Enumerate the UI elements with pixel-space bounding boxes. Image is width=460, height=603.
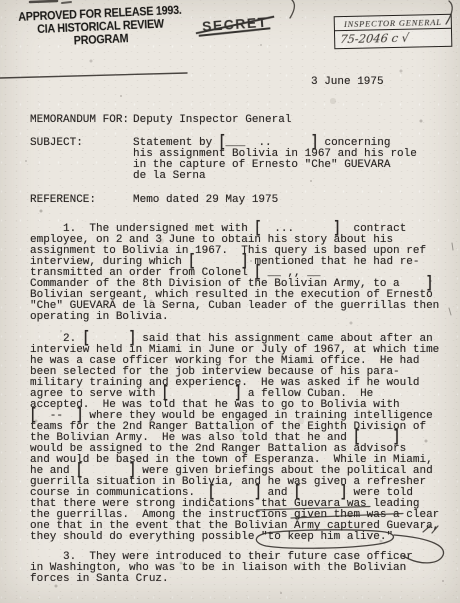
memo-header: MEMORANDUM FOR: Deputy Inspector General… <box>30 115 454 218</box>
memorandum-for-value: Deputy Inspector General <box>133 115 291 126</box>
memorandum-for-row: MEMORANDUM FOR: Deputy Inspector General <box>30 115 454 126</box>
secret-stamp-text: SECRET <box>200 14 271 35</box>
text-line: forces in Santa Cruz. <box>30 574 458 585</box>
paragraph-1: 1. The undersigned met with [ ... ] cont… <box>30 224 458 323</box>
approved-for-release-stamp: APPROVED FOR RELEASE 1993. CIA HISTORICA… <box>16 4 185 50</box>
reference-value: Memo dated 29 May 1975 <box>133 195 278 206</box>
top-edge-fragment-2 <box>62 2 71 3</box>
subject-row: SUBJECT: Statement by [___ .. ] concerni… <box>30 138 454 182</box>
inspector-general-case-number-handwritten: 75-2046 c √ <box>334 29 452 48</box>
subject-value: Statement by [___ .. ] concerninghis ass… <box>133 138 417 182</box>
document-date: 3 June 1975 <box>311 76 384 88</box>
text-line: operating in Bolivia. <box>30 312 458 323</box>
secret-classification-stamp: SECRET <box>200 14 271 35</box>
inspector-general-routing-box: INSPECTOR GENERAL 75-2046 c √ <box>334 14 453 49</box>
memorandum-for-label: MEMORANDUM FOR: <box>30 115 133 126</box>
subject-label: SUBJECT: <box>30 138 133 182</box>
reference-row: REFERENCE: Memo dated 29 May 1975 <box>30 195 454 206</box>
top-left-rule-line <box>0 73 187 78</box>
top-edge-fragment <box>30 1 57 2</box>
paragraph-3: 3. They were introduced to their future … <box>30 552 458 585</box>
text-line: they should do everything possible "to k… <box>30 532 458 543</box>
paragraph-2: 2. [ ] said that his assignment came abo… <box>30 334 458 543</box>
document-page: APPROVED FOR RELEASE 1993. CIA HISTORICA… <box>0 0 460 603</box>
top-center-pen-mark <box>290 0 294 18</box>
reference-label: REFERENCE: <box>30 195 133 206</box>
approval-stamp-line2: CIA HISTORICAL REVIEW PROGRAM <box>17 17 185 50</box>
text-line: de la Serna <box>133 171 417 182</box>
